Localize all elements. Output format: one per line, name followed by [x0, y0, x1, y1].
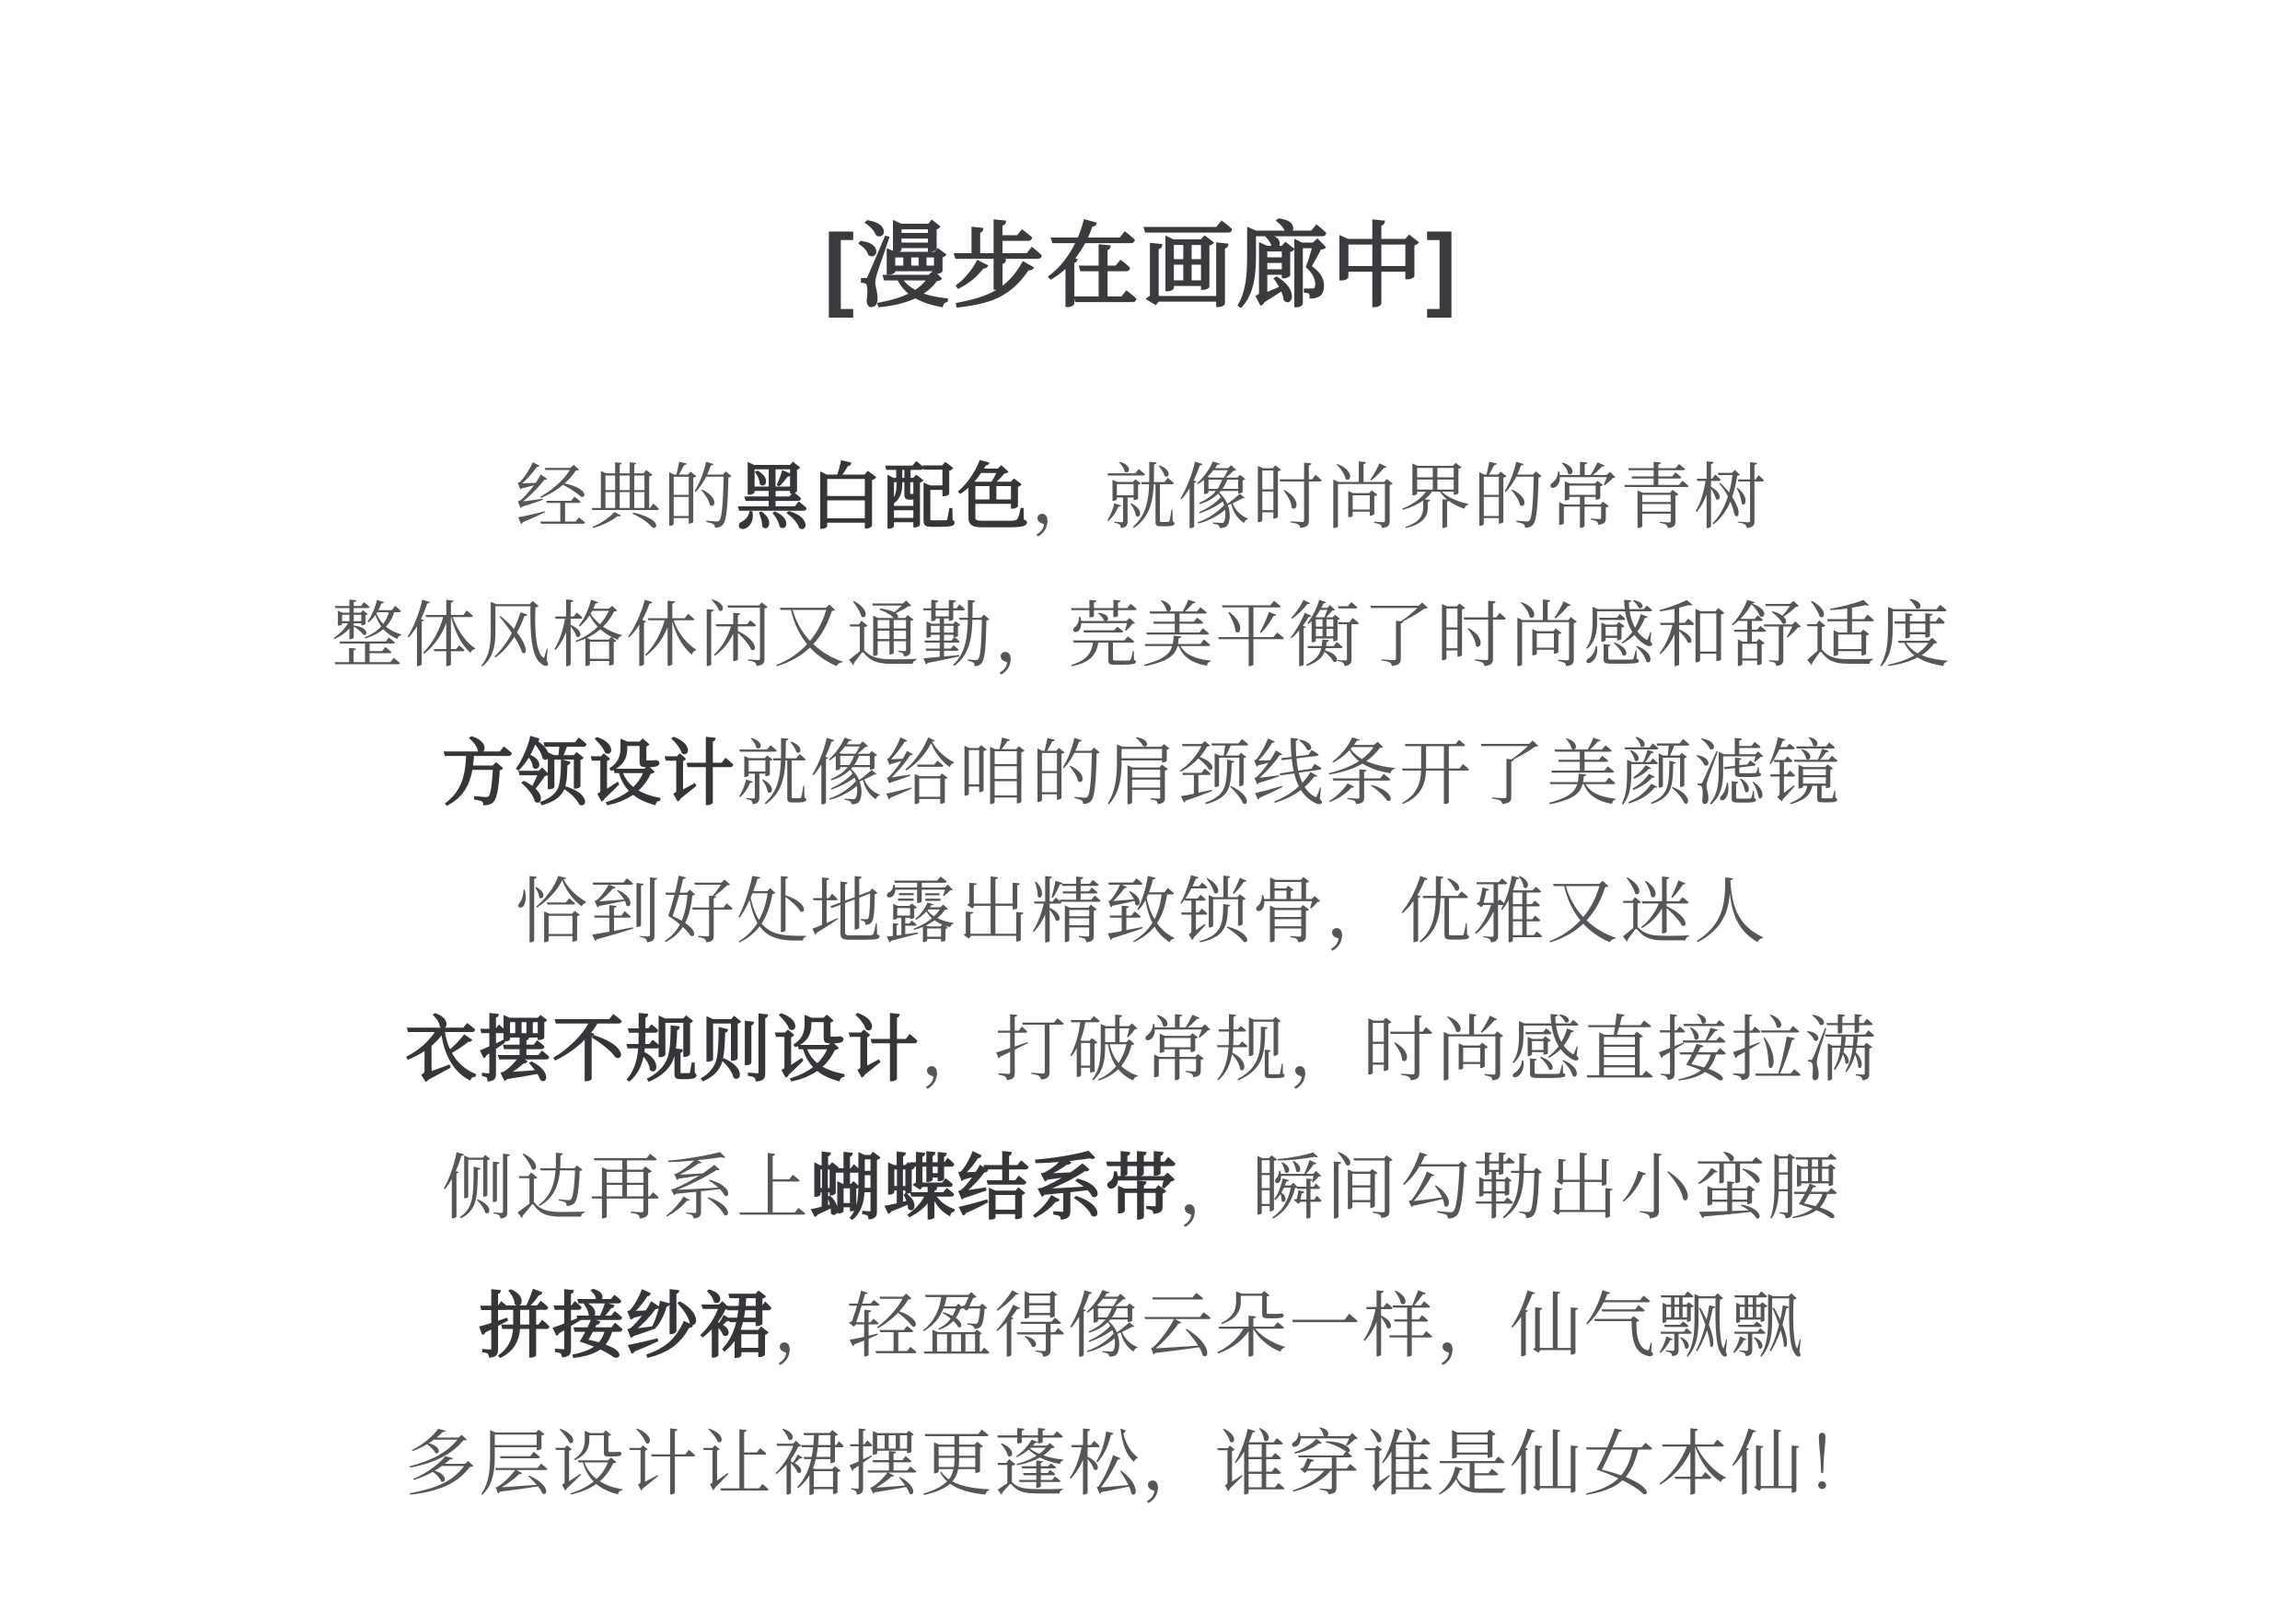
text-line: 方领设计就像给咱的肩颈线条开了美颜滤镜 [0, 704, 2283, 842]
highlighted-text-segment: 蝴蝶结系带 [810, 1147, 1178, 1228]
text-segment: 经典的 [516, 457, 736, 538]
text-line: 衣摆不规则设计，打破常规，时尚感直接拉满 [0, 980, 2283, 1119]
highlighted-text-segment: 拼接纱裙 [479, 1285, 773, 1366]
text-line: 侧边再系上蝴蝶结系带，瞬间勾勒出小蛮腰 [0, 1119, 2283, 1257]
text-segment: ，轻盈得像云朵一样，仙气飘飘 [773, 1285, 1804, 1366]
highlighted-text-segment: 方领设计 [442, 733, 736, 814]
highlighted-text-segment: 衣摆不规则设计 [405, 1009, 921, 1090]
description-text-block: 经典的黑白配色，就像时尚界的常青树整体风格休闲又通勤，莞美平衡了时尚感和舒适度方… [0, 428, 2283, 1533]
text-segment: 就像给咱的肩颈线条开了美颜滤镜 [736, 733, 1841, 814]
text-line: 恰到好处地露出精致锁骨，优雅又迷人 [0, 842, 2283, 980]
text-line: 经典的黑白配色，就像时尚界的常青树 [0, 428, 2283, 566]
highlighted-text-segment: 黑白配色 [736, 457, 1031, 538]
text-segment: 整体风格休闲又通勤，莞美平衡了时尚感和舒适度 [331, 595, 1952, 676]
text-line: 拼接纱裙，轻盈得像云朵一样，仙气飘飘 [0, 1257, 2283, 1395]
page-title: [漫步在画廊中] [0, 198, 2283, 336]
text-segment: 恰到好处地露出精致锁骨，优雅又迷人 [516, 871, 1767, 952]
product-description-page: [漫步在画廊中] 经典的黑白配色，就像时尚界的常青树整体风格休闲又通勤，莞美平衡… [0, 0, 2283, 1624]
text-segment: ，瞬间勾勒出小蛮腰 [1178, 1147, 1841, 1228]
text-line: 整体风格休闲又通勤，莞美平衡了时尚感和舒适度 [0, 566, 2283, 704]
text-segment: 侧边再系上 [442, 1147, 810, 1228]
text-segment: ，就像时尚界的常青树 [1031, 457, 1767, 538]
text-line: 多层设计让裙摆更蓬松，谁穿谁是仙女本仙！ [0, 1395, 2283, 1533]
text-segment: 多层设计让裙摆更蓬松，谁穿谁是仙女本仙！ [405, 1423, 1878, 1504]
text-segment: ，打破常规，时尚感直接拉满 [921, 1009, 1878, 1090]
